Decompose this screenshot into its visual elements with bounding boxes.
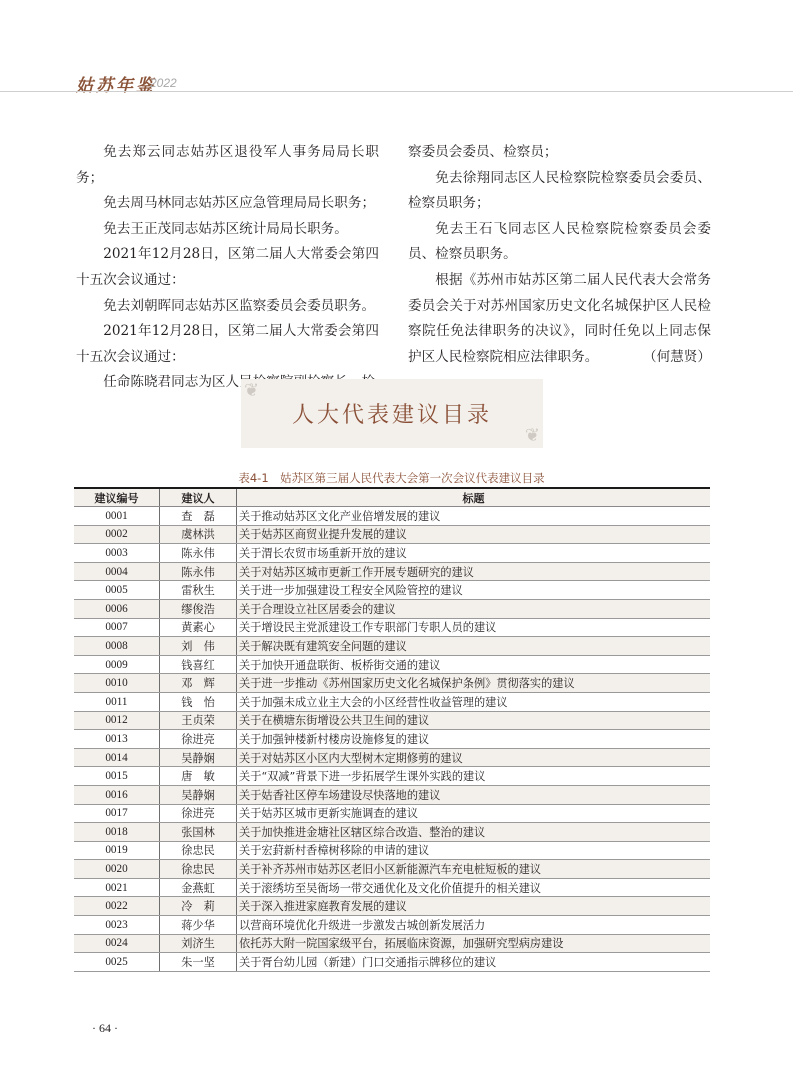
body-paragraph: 免去王正茂同志姑苏区统计局局长职务。 xyxy=(76,217,379,243)
proposal-number: 0020 xyxy=(74,860,160,879)
proposal-number: 0009 xyxy=(74,655,160,674)
body-paragraph: 察委员会委员、检察员； xyxy=(408,140,711,166)
table-row: 0023蒋少华以营商环境优化升级进一步激发古城创新发展活力 xyxy=(74,916,710,935)
proposer-name: 金燕虹 xyxy=(160,878,237,897)
proposal-number: 0006 xyxy=(74,599,160,618)
table-row: 0011钱 怡关于加强未成立业主大会的小区经营性收益管理的建议 xyxy=(74,692,710,711)
table-row: 0002虞林洪关于姑苏区商贸业提升发展的建议 xyxy=(74,525,710,544)
proposer-name: 查 磊 xyxy=(160,507,237,526)
table-row: 0017徐进亮关于姑苏区城市更新实施调查的建议 xyxy=(74,804,710,823)
proposer-name: 吴静娴 xyxy=(160,785,237,804)
proposal-title: 关于推动姑苏区文化产业倍增发展的建议 xyxy=(237,507,711,526)
proposer-name: 刘济生 xyxy=(160,934,237,953)
proposal-title: 关于加强未成立业主大会的小区经营性收益管理的建议 xyxy=(237,692,711,711)
proposer-name: 吴静娴 xyxy=(160,748,237,767)
table-row: 0003陈永伟关于渭长农贸市场重新开放的建议 xyxy=(74,544,710,563)
proposal-number: 0022 xyxy=(74,897,160,916)
table-row: 0001查 磊关于推动姑苏区文化产业倍增发展的建议 xyxy=(74,507,710,526)
proposal-title: 依托苏大附一院国家级平台，拓展临床资源，加强研究型病房建设 xyxy=(237,934,711,953)
table-row: 0013徐进亮关于加强钟楼新村楼房设施修复的建议 xyxy=(74,730,710,749)
proposer-name: 陈永伟 xyxy=(160,544,237,563)
proposer-name: 朱一坚 xyxy=(160,953,237,972)
proposal-number: 0008 xyxy=(74,637,160,656)
proposal-number: 0011 xyxy=(74,692,160,711)
proposal-number: 0017 xyxy=(74,804,160,823)
proposal-title: 关于加强钟楼新村楼房设施修复的建议 xyxy=(237,730,711,749)
proposer-name: 虞林洪 xyxy=(160,525,237,544)
proposer-name: 钱 怡 xyxy=(160,692,237,711)
proposal-title: 关于解决既有建筑安全问题的建议 xyxy=(237,637,711,656)
section-banner: ❦ 人大代表建议目录 ❦ xyxy=(241,379,543,448)
proposal-number: 0025 xyxy=(74,953,160,972)
proposal-number: 0013 xyxy=(74,730,160,749)
body-paragraph: 免去王石飞同志区人民检察院检察委员会委员、检察员职务。 xyxy=(408,217,711,268)
table-row: 0004陈永伟关于对姑苏区城市更新工作开展专题研究的建议 xyxy=(74,562,710,581)
table-row: 0009钱喜红关于加快开通盘联街、板桥街交通的建议 xyxy=(74,655,710,674)
proposal-title: 关于渭长农贸市场重新开放的建议 xyxy=(237,544,711,563)
body-paragraph: 2021年12月28日，区第二届人大常委会第四十五次会议通过： xyxy=(76,242,379,293)
proposer-name: 邓 辉 xyxy=(160,674,237,693)
table-row: 0024刘济生依托苏大附一院国家级平台，拓展临床资源，加强研究型病房建设 xyxy=(74,934,710,953)
proposal-title: 关于加快推进金塘社区辖区综合改造、整治的建议 xyxy=(237,823,711,842)
ornament-corner-icon: ❦ xyxy=(525,427,540,445)
proposal-title: 关于对姑苏区小区内大型树木定期修剪的建议 xyxy=(237,748,711,767)
table-row: 0008刘 伟关于解决既有建筑安全问题的建议 xyxy=(74,637,710,656)
yearbook-logo: 姑苏年鉴 xyxy=(76,71,156,96)
table-row: 0025朱一坚关于胥台幼儿园（新建）门口交通指示牌移位的建议 xyxy=(74,953,710,972)
proposal-number: 0001 xyxy=(74,507,160,526)
proposal-title: 关于姑苏区城市更新实施调查的建议 xyxy=(237,804,711,823)
proposal-title: 关于姑苏区商贸业提升发展的建议 xyxy=(237,525,711,544)
proposer-name: 缪俊浩 xyxy=(160,599,237,618)
column-header-proposer: 建议人 xyxy=(160,488,237,507)
body-column-left: 免去郑云同志姑苏区退役军人事务局局长职务；免去周马林同志姑苏区应急管理局局长职务… xyxy=(76,140,379,396)
table-row: 0018张国林关于加快推进金塘社区辖区综合改造、整治的建议 xyxy=(74,823,710,842)
body-paragraph: 2021年12月28日，区第二届人大常委会第四十五次会议通过： xyxy=(76,319,379,370)
proposer-name: 陈永伟 xyxy=(160,562,237,581)
proposer-name: 黄素心 xyxy=(160,618,237,637)
proposal-title: 关于胥台幼儿园（新建）门口交通指示牌移位的建议 xyxy=(237,953,711,972)
page-number: · 64 · xyxy=(92,1021,118,1036)
body-paragraph: 免去郑云同志姑苏区退役军人事务局局长职务； xyxy=(76,140,379,191)
proposer-name: 冷 莉 xyxy=(160,897,237,916)
table-row: 0010邓 辉关于进一步推动《苏州国家历史文化名城保护条例》贯彻落实的建议 xyxy=(74,674,710,693)
table-caption: 表4-1 姑苏区第三届人民代表大会第一次会议代表建议目录 xyxy=(74,470,709,486)
proposer-name: 雷秋生 xyxy=(160,581,237,600)
proposal-number: 0016 xyxy=(74,785,160,804)
proposer-name: 钱喜红 xyxy=(160,655,237,674)
table-row: 0014吴静娴关于对姑苏区小区内大型树木定期修剪的建议 xyxy=(74,748,710,767)
header-rule xyxy=(0,91,793,92)
page-header: 姑苏年鉴 2022 xyxy=(0,0,793,92)
proposal-number: 0024 xyxy=(74,934,160,953)
proposer-name: 徐进亮 xyxy=(160,804,237,823)
table-row: 0020徐忠民关于补齐苏州市姑苏区老旧小区新能源汽车充电桩短板的建议 xyxy=(74,860,710,879)
proposal-title: 关于姑香社区停车场建设尽快落地的建议 xyxy=(237,785,711,804)
section-title: 人大代表建议目录 xyxy=(241,398,543,429)
proposal-title: 关于合理设立社区居委会的建议 xyxy=(237,599,711,618)
proposer-name: 蒋少华 xyxy=(160,916,237,935)
proposal-number: 0023 xyxy=(74,916,160,935)
table-row: 0015唐 敏关于“双减”背景下进一步拓展学生课外实践的建议 xyxy=(74,767,710,786)
column-header-title: 标题 xyxy=(237,488,711,507)
table-row: 0019徐忠民关于宏葑新村香樟树移除的申请的建议 xyxy=(74,841,710,860)
proposer-name: 徐忠民 xyxy=(160,841,237,860)
proposal-number: 0005 xyxy=(74,581,160,600)
proposal-title: 以营商环境优化升级进一步激发古城创新发展活力 xyxy=(237,916,711,935)
proposal-title: 关于增设民主党派建设工作专职部门专职人员的建议 xyxy=(237,618,711,637)
body-column-right: 察委员会委员、检察员；免去徐翔同志区人民检察院检察委员会委员、检察员职务；免去王… xyxy=(408,140,711,370)
body-paragraph: 免去周马林同志姑苏区应急管理局局长职务； xyxy=(76,191,379,217)
proposal-number: 0021 xyxy=(74,878,160,897)
proposer-name: 徐进亮 xyxy=(160,730,237,749)
proposal-title: 关于在横塘东街增设公共卫生间的建议 xyxy=(237,711,711,730)
table-row: 0005雷秋生关于进一步加强建设工程安全风险管控的建议 xyxy=(74,581,710,600)
proposer-name: 徐忠民 xyxy=(160,860,237,879)
proposal-title: 关于滚绣坊至吴衙场一带交通优化及文化价值提升的相关建议 xyxy=(237,878,711,897)
proposal-title: 关于加快开通盘联街、板桥街交通的建议 xyxy=(237,655,711,674)
table-row: 0006缪俊浩关于合理设立社区居委会的建议 xyxy=(74,599,710,618)
proposer-name: 张国林 xyxy=(160,823,237,842)
proposal-title: 关于进一步推动《苏州国家历史文化名城保护条例》贯彻落实的建议 xyxy=(237,674,711,693)
table-header-row: 建议编号 建议人 标题 xyxy=(74,488,710,507)
proposal-title: 关于深入推进家庭教育发展的建议 xyxy=(237,897,711,916)
proposal-number: 0018 xyxy=(74,823,160,842)
proposal-number: 0012 xyxy=(74,711,160,730)
proposals-table: 建议编号 建议人 标题 0001查 磊关于推动姑苏区文化产业倍增发展的建议000… xyxy=(74,487,710,972)
table-row: 0022冷 莉关于深入推进家庭教育发展的建议 xyxy=(74,897,710,916)
body-paragraph: 免去徐翔同志区人民检察院检察委员会委员、检察员职务； xyxy=(408,166,711,217)
proposal-number: 0010 xyxy=(74,674,160,693)
proposal-number: 0015 xyxy=(74,767,160,786)
proposal-number: 0007 xyxy=(74,618,160,637)
proposal-number: 0002 xyxy=(74,525,160,544)
table-body: 0001查 磊关于推动姑苏区文化产业倍增发展的建议0002虞林洪关于姑苏区商贸业… xyxy=(74,507,710,972)
proposal-title: 关于“双减”背景下进一步拓展学生课外实践的建议 xyxy=(237,767,711,786)
body-paragraph: 免去刘朝晖同志姑苏区监察委员会委员职务。 xyxy=(76,294,379,320)
proposal-number: 0004 xyxy=(74,562,160,581)
table-row: 0012王贞荣关于在横塘东街增设公共卫生间的建议 xyxy=(74,711,710,730)
proposal-number: 0014 xyxy=(74,748,160,767)
proposer-name: 王贞荣 xyxy=(160,711,237,730)
yearbook-year: 2022 xyxy=(150,76,177,90)
proposal-number: 0003 xyxy=(74,544,160,563)
table-row: 0007黄素心关于增设民主党派建设工作专职部门专职人员的建议 xyxy=(74,618,710,637)
column-header-number: 建议编号 xyxy=(74,488,160,507)
proposal-title: 关于补齐苏州市姑苏区老旧小区新能源汽车充电桩短板的建议 xyxy=(237,860,711,879)
table-row: 0021金燕虹关于滚绣坊至吴衙场一带交通优化及文化价值提升的相关建议 xyxy=(74,878,710,897)
proposer-name: 刘 伟 xyxy=(160,637,237,656)
proposal-title: 关于宏葑新村香樟树移除的申请的建议 xyxy=(237,841,711,860)
author-signature: （何慧贤） xyxy=(643,345,711,371)
proposal-title: 关于进一步加强建设工程安全风险管控的建议 xyxy=(237,581,711,600)
table-row: 0016吴静娴关于姑香社区停车场建设尽快落地的建议 xyxy=(74,785,710,804)
proposer-name: 唐 敏 xyxy=(160,767,237,786)
proposal-title: 关于对姑苏区城市更新工作开展专题研究的建议 xyxy=(237,562,711,581)
proposal-number: 0019 xyxy=(74,841,160,860)
